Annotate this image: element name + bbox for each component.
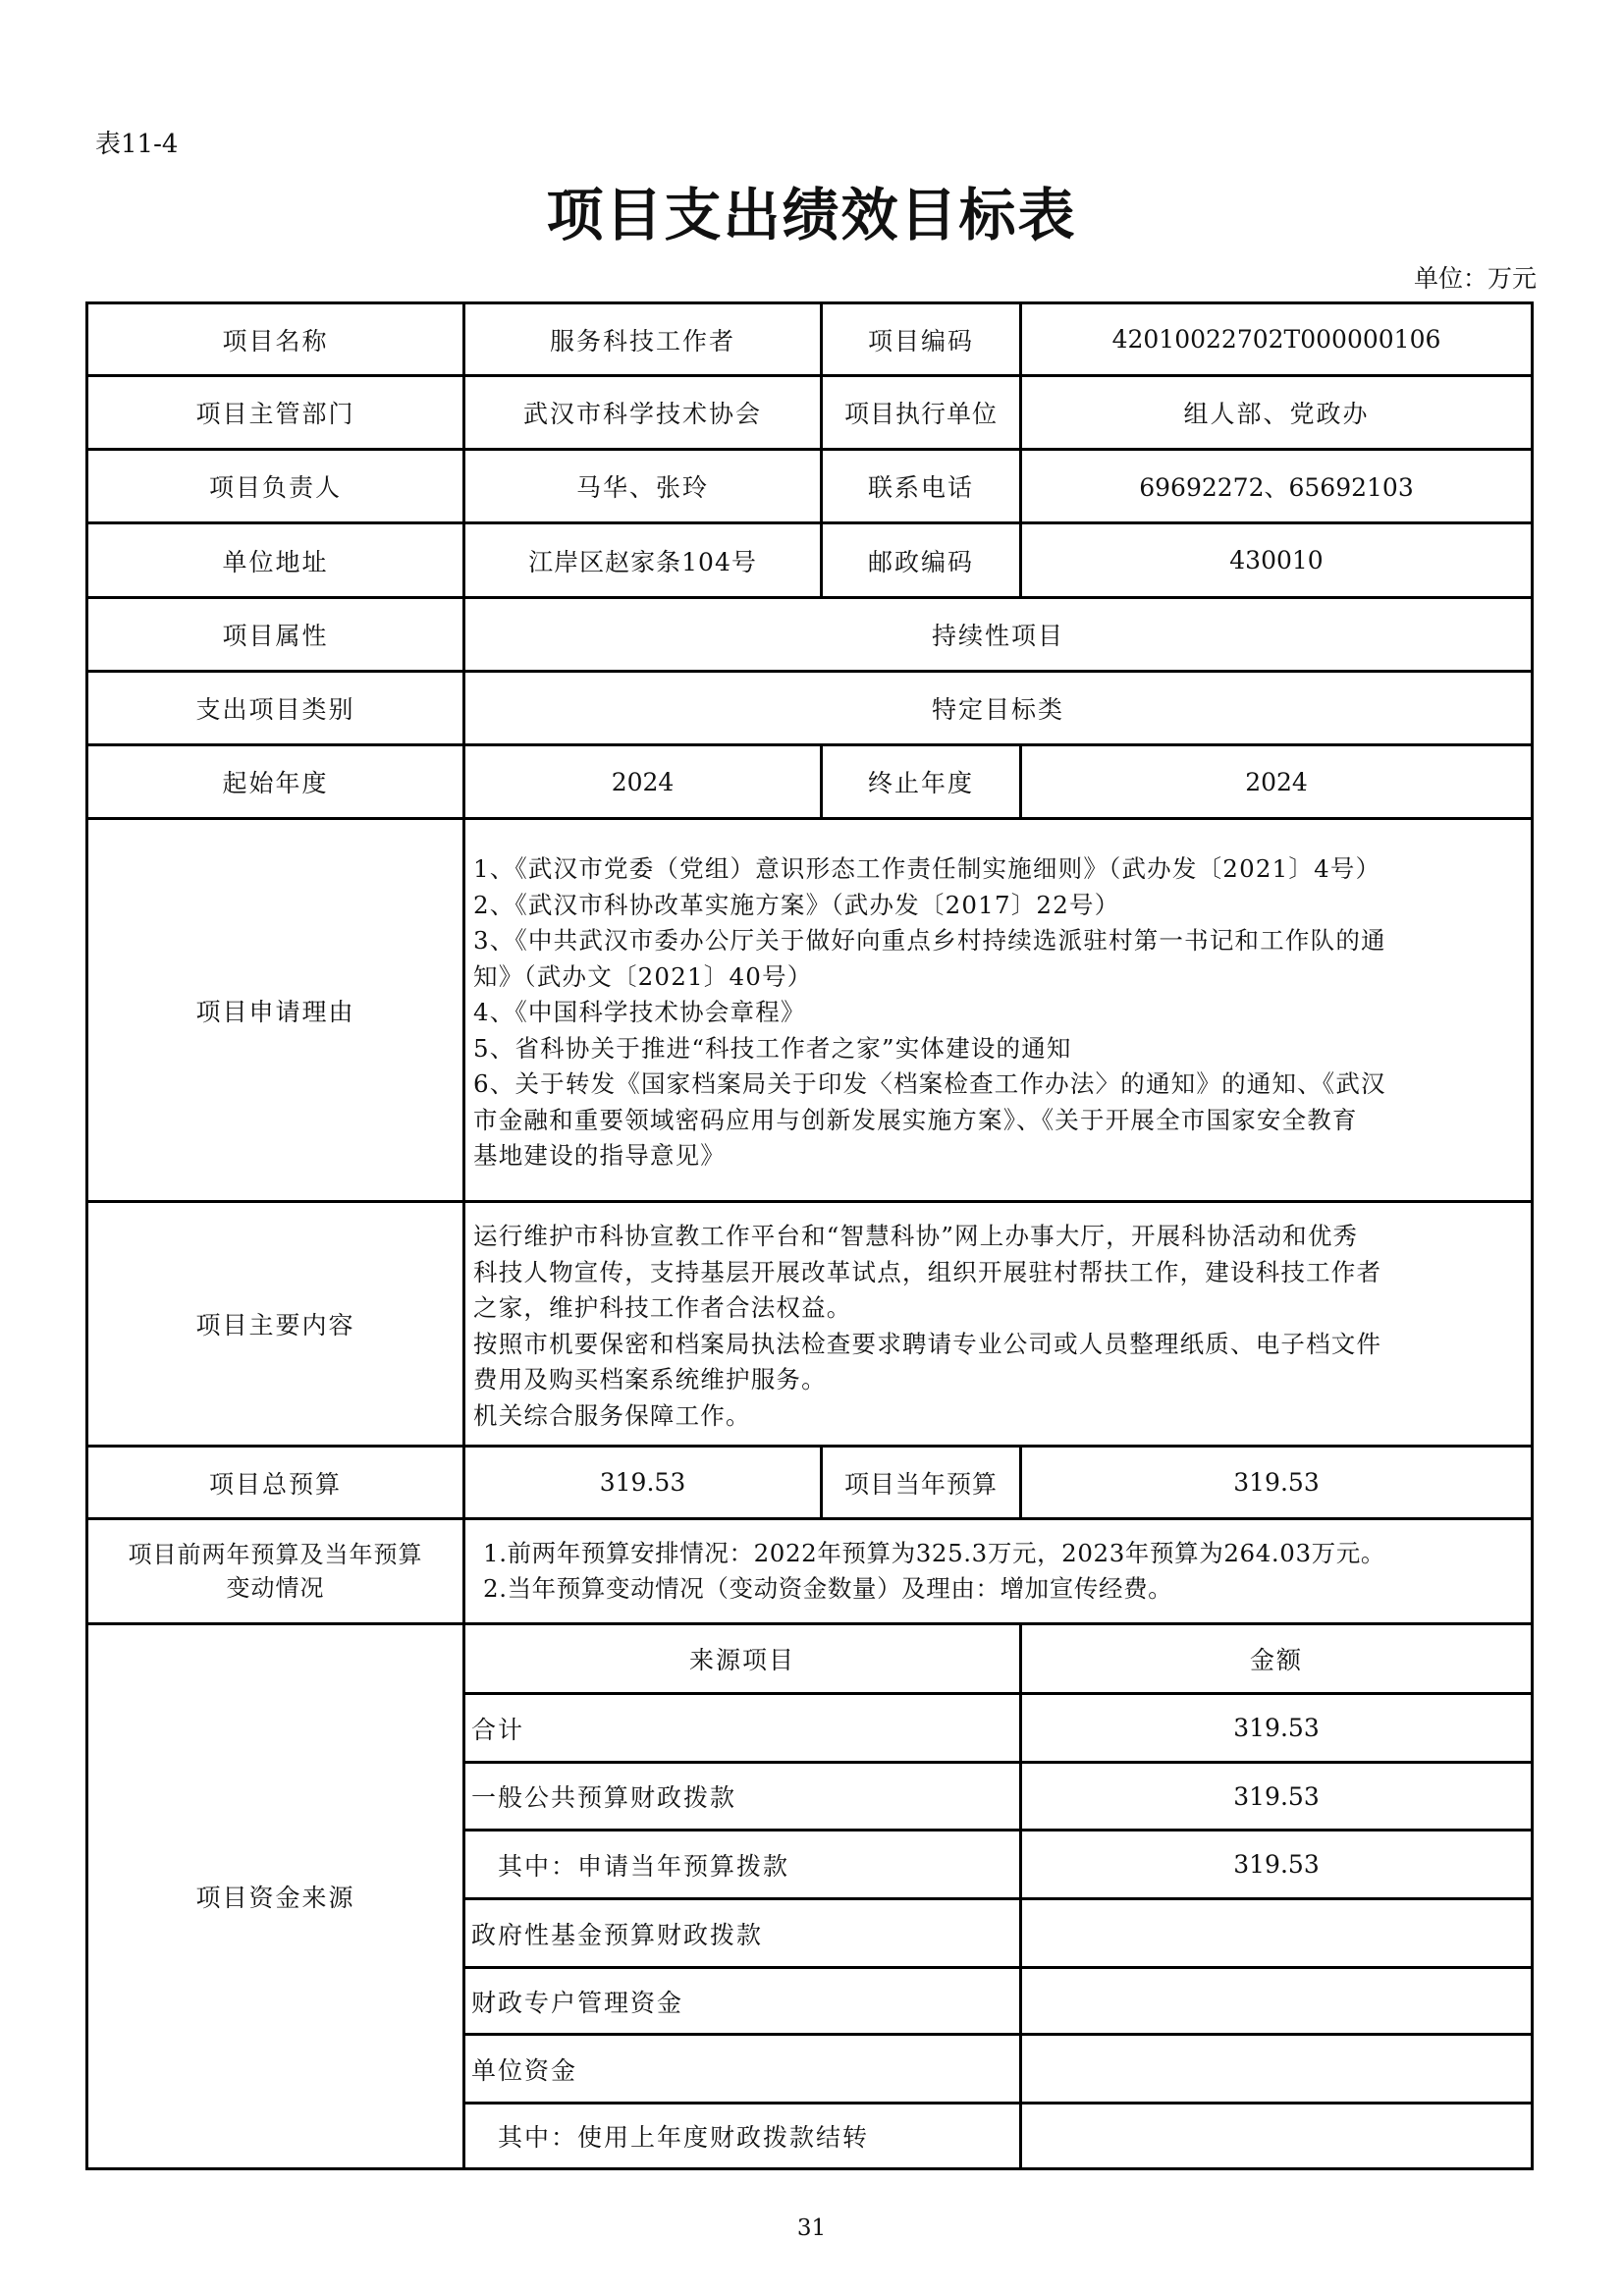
executor-value: 组人部、党政办 [1022,377,1531,448]
funding-row-source: 一般公共预算财政拨款 [465,1764,1019,1829]
category-value: 特定目标类 [465,673,1531,743]
reason-line: 5、省科协关于推进“科技工作者之家”实体建设的通知 [473,1031,1523,1067]
content-label: 项目主要内容 [88,1203,462,1445]
total-budget-value: 319.53 [465,1448,820,1517]
person-value: 马华、张玲 [465,451,820,521]
project-name-label: 项目名称 [88,304,462,374]
postcode-label: 邮政编码 [823,524,1019,596]
attribute-value: 持续性项目 [465,599,1531,670]
phone-value: 69692272、65692103 [1022,451,1531,521]
end-year-value: 2024 [1022,746,1531,817]
funding-row-amount [1022,2036,1531,2102]
total-budget-label: 项目总预算 [88,1448,462,1517]
content-line: 之家，维护科技工作者合法权益。 [473,1290,1523,1327]
project-code-label: 项目编码 [823,304,1019,374]
department-label: 项目主管部门 [88,377,462,448]
budget-change-line: 2.当年预算变动情况（变动资金数量）及理由：增加宣传经费。 [483,1571,1523,1607]
reasons-label: 项目申请理由 [88,820,462,1200]
content-text: 运行维护市科协宣教工作平台和“智慧科协”网上办事大厅，开展科协活动和优秀 科技人… [465,1219,1531,1434]
reasons-text: 1、《武汉市党委（党组）意识形态工作责任制实施细则》（武办发〔2021〕4号） … [465,851,1531,1175]
reason-line: 知》（武办文〔2021〕40号） [473,959,1523,996]
content-line: 科技人物宣传，支持基层开展改革试点，组织开展驻村帮扶工作，建设科技工作者 [473,1255,1523,1291]
funding-row-source: 合计 [465,1695,1019,1761]
project-code-value: 42010022702T000000106 [1022,304,1531,374]
content-line: 费用及购买档案系统维护服务。 [473,1362,1523,1398]
funding-row-source: 其中：申请当年预算拨款 [465,1831,1019,1897]
funding-row-source: 单位资金 [465,2036,1019,2102]
attribute-label: 项目属性 [88,599,462,670]
unit-label: 单位：万元 [1414,259,1537,295]
budget-change-label-line1: 项目前两年预算及当年预算 [129,1538,423,1571]
reason-line: 2、《武汉市科协改革实施方案》（武办发〔2017〕22号） [473,888,1523,924]
funding-row-amount: 319.53 [1022,1764,1531,1829]
phone-label: 联系电话 [823,451,1019,521]
funding-row-source: 其中：使用上年度财政拨款结转 [465,2105,1019,2167]
start-year-label: 起始年度 [88,746,462,817]
budget-change-text: 1.前两年预算安排情况：2022年预算为325.3万元，2023年预算为264.… [465,1536,1531,1607]
page-title: 项目支出绩效目标表 [0,169,1623,251]
reason-line: 1、《武汉市党委（党组）意识形态工作责任制实施细则》（武办发〔2021〕4号） [473,851,1523,888]
table-number-label: 表11-4 [95,124,178,160]
page-number: 31 [0,2215,1623,2241]
budget-change-label: 项目前两年预算及当年预算 变动情况 [88,1520,462,1622]
content-line: 按照市机要保密和档案局执法检查要求聘请专业公司或人员整理纸质、电子档文件 [473,1327,1523,1363]
category-label: 支出项目类别 [88,673,462,743]
reason-line: 3、《中共武汉市委办公厅关于做好向重点乡村持续选派驻村第一书记和工作队的通 [473,923,1523,959]
funding-source-label: 项目资金来源 [88,1625,462,2167]
budget-change-line: 1.前两年预算安排情况：2022年预算为325.3万元，2023年预算为264.… [483,1536,1523,1571]
reason-line: 6、关于转发《国家档案局关于印发〈档案检查工作办法〉的通知》的通知、《武汉 [473,1066,1523,1103]
reason-line: 4、《中国科学技术协会章程》 [473,995,1523,1031]
current-budget-label: 项目当年预算 [823,1448,1019,1517]
reason-line: 市金融和重要领域密码应用与创新发展实施方案》、《关于开展全市国家安全教育 [473,1103,1523,1139]
budget-change-label-line2: 变动情况 [227,1571,325,1605]
current-budget-value: 319.53 [1022,1448,1531,1517]
funding-row-amount [1022,1969,1531,2033]
funding-header-amount: 金额 [1022,1625,1531,1692]
funding-row-amount: 319.53 [1022,1695,1531,1761]
department-value: 武汉市科学技术协会 [465,377,820,448]
project-name-value: 服务科技工作者 [465,304,820,374]
funding-row-amount: 319.53 [1022,1831,1531,1897]
start-year-value: 2024 [465,746,820,817]
end-year-label: 终止年度 [823,746,1019,817]
address-label: 单位地址 [88,524,462,596]
funding-row-amount [1022,2105,1531,2167]
funding-row-source: 政府性基金预算财政拨款 [465,1900,1019,1966]
reason-line: 基地建设的指导意见》 [473,1138,1523,1175]
address-value: 江岸区赵家条104号 [465,524,820,596]
person-label: 项目负责人 [88,451,462,521]
content-line: 机关综合服务保障工作。 [473,1398,1523,1435]
funding-row-amount [1022,1900,1531,1966]
postcode-value: 430010 [1022,524,1531,596]
funding-row-source: 财政专户管理资金 [465,1969,1019,2033]
executor-label: 项目执行单位 [823,377,1019,448]
content-line: 运行维护市科协宣教工作平台和“智慧科协”网上办事大厅，开展科协活动和优秀 [473,1219,1523,1255]
funding-header-source: 来源项目 [465,1625,1019,1692]
